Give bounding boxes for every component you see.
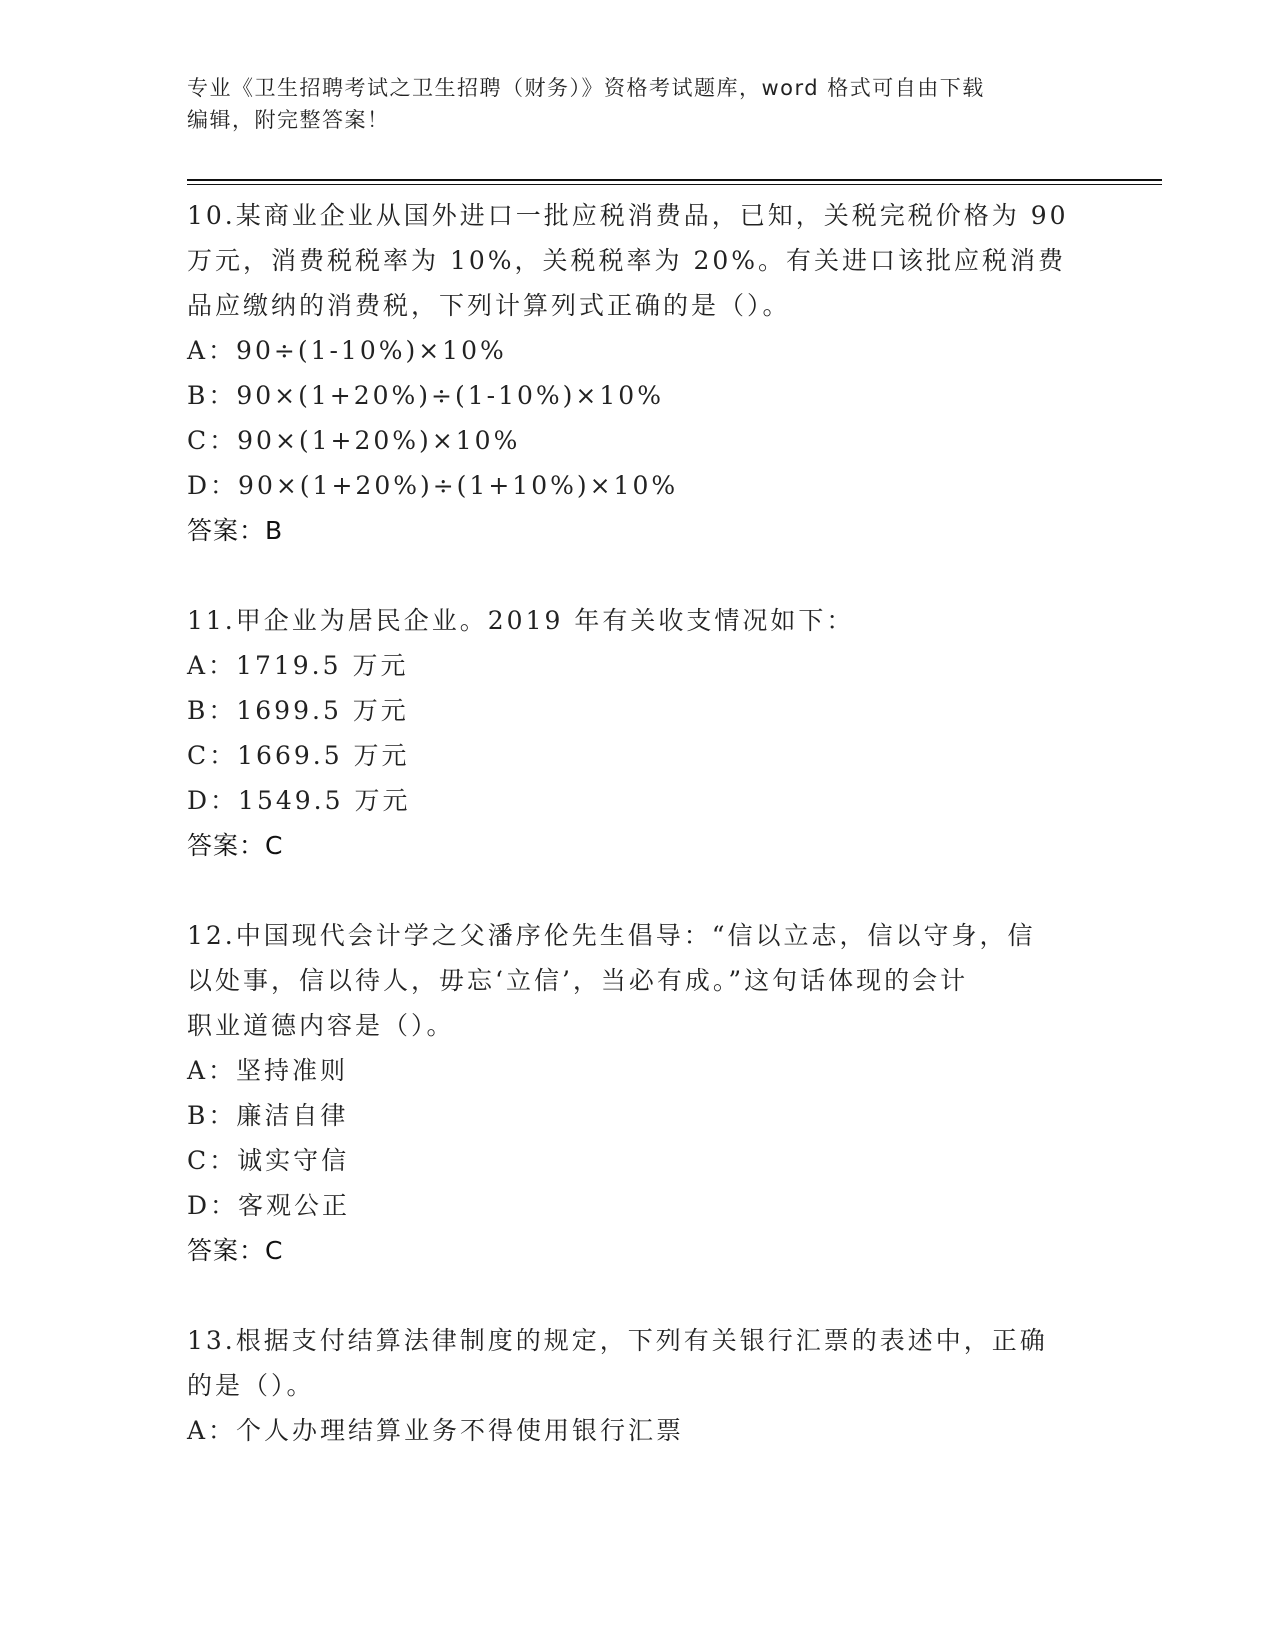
option-a: A：坚持准则 [187, 1048, 1087, 1093]
question-stem: 万元，消费税税率为 10%，关税税率为 20%。有关进口该批应税消费 [187, 238, 1087, 283]
option-c: C：90×(1+20%)×10% [187, 418, 1087, 463]
option-a: A：个人办理结算业务不得使用银行汇票 [187, 1408, 1087, 1453]
header-divider-thick [187, 179, 1162, 181]
spacer [187, 1273, 1087, 1318]
header-line: 专业《卫生招聘考试之卫生招聘（财务）》资格考试题库，word 格式可自由下载 [187, 72, 1087, 104]
answer-line: 答案：C [187, 1228, 1087, 1273]
option-b: B：1699.5 万元 [187, 688, 1087, 733]
question-stem: 以处事，信以待人，毋忘‘立信’，当必有成。”这句话体现的会计 [187, 958, 1087, 1003]
question-stem: 品应缴纳的消费税，下列计算列式正确的是（）。 [187, 283, 1087, 328]
question-stem: 职业道德内容是（）。 [187, 1003, 1087, 1048]
header-line: 编辑，附完整答案！ [187, 104, 1087, 136]
question-stem: 11.甲企业为居民企业。2019 年有关收支情况如下： [187, 598, 1087, 643]
spacer [187, 868, 1087, 913]
option-c: C：诚实守信 [187, 1138, 1087, 1183]
option-b: B：90×(1+20%)÷(1-10%)×10% [187, 373, 1087, 418]
header-divider-thin [187, 184, 1162, 185]
option-a: A：1719.5 万元 [187, 643, 1087, 688]
option-d: D：客观公正 [187, 1183, 1087, 1228]
document-header: 专业《卫生招聘考试之卫生招聘（财务）》资格考试题库，word 格式可自由下载 编… [187, 72, 1087, 136]
option-d: D：1549.5 万元 [187, 778, 1087, 823]
option-d: D：90×(1+20%)÷(1+10%)×10% [187, 463, 1087, 508]
option-b: B：廉洁自律 [187, 1093, 1087, 1138]
question-13: 13.根据支付结算法律制度的规定，下列有关银行汇票的表述中，正确 的是（）。 A… [187, 1318, 1087, 1453]
answer-line: 答案：C [187, 823, 1087, 868]
question-stem: 的是（）。 [187, 1363, 1087, 1408]
question-12: 12.中国现代会计学之父潘序伦先生倡导：“信以立志，信以守身，信 以处事，信以待… [187, 913, 1087, 1273]
question-10: 10.某商业企业从国外进口一批应税消费品，已知，关税完税价格为 90 万元，消费… [187, 193, 1087, 553]
document-page: 专业《卫生招聘考试之卫生招聘（财务）》资格考试题库，word 格式可自由下载 编… [0, 0, 1275, 1650]
question-stem: 13.根据支付结算法律制度的规定，下列有关银行汇票的表述中，正确 [187, 1318, 1087, 1363]
question-stem: 10.某商业企业从国外进口一批应税消费品，已知，关税完税价格为 90 [187, 193, 1087, 238]
question-stem: 12.中国现代会计学之父潘序伦先生倡导：“信以立志，信以守身，信 [187, 913, 1087, 958]
question-list: 10.某商业企业从国外进口一批应税消费品，已知，关税完税价格为 90 万元，消费… [187, 193, 1087, 1453]
question-11: 11.甲企业为居民企业。2019 年有关收支情况如下： A：1719.5 万元 … [187, 598, 1087, 868]
spacer [187, 553, 1087, 598]
option-c: C：1669.5 万元 [187, 733, 1087, 778]
option-a: A：90÷(1-10%)×10% [187, 328, 1087, 373]
answer-line: 答案：B [187, 508, 1087, 553]
